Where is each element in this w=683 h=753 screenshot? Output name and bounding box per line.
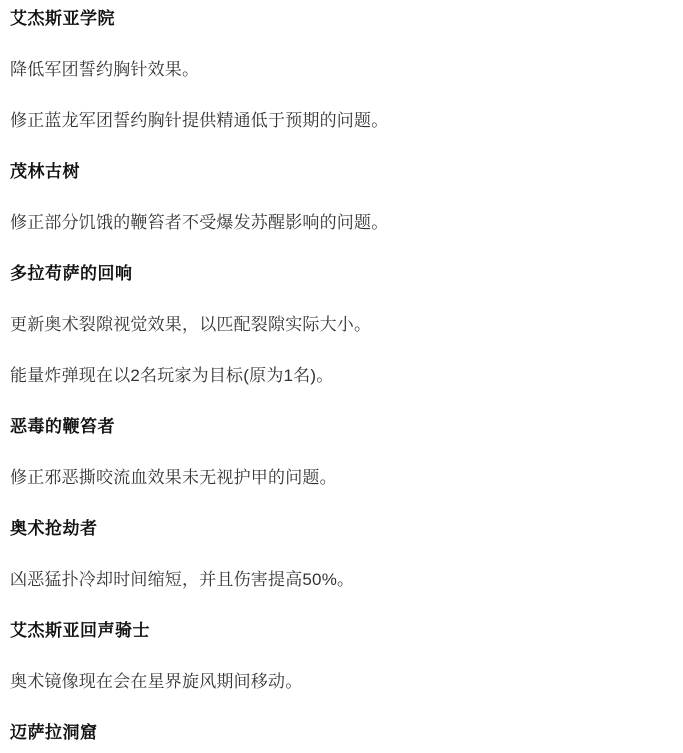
section-heading: 奥术抢劫者	[10, 520, 669, 538]
note-paragraph: 修正部分饥饿的鞭笞者不受爆发苏醒影响的问题。	[10, 214, 669, 232]
section-heading: 艾杰斯亚回声骑士	[10, 622, 669, 640]
note-paragraph: 奥术镜像现在会在星界旋风期间移动。	[10, 673, 669, 691]
note-paragraph: 凶恶猛扑冷却时间缩短，并且伤害提高50%。	[10, 571, 669, 589]
section-heading: 恶毒的鞭笞者	[10, 418, 669, 436]
note-paragraph: 更新奥术裂隙视觉效果，以匹配裂隙实际大小。	[10, 316, 669, 334]
note-paragraph: 能量炸弹现在以2名玩家为目标(原为1名)。	[10, 367, 669, 385]
section-heading: 多拉苟萨的回响	[10, 265, 669, 283]
section-heading: 茂林古树	[10, 163, 669, 181]
note-paragraph: 修正邪恶撕咬流血效果未无视护甲的问题。	[10, 469, 669, 487]
note-paragraph: 修正蓝龙军团誓约胸针提供精通低于预期的问题。	[10, 112, 669, 130]
patch-notes-document: 艾杰斯亚学院降低军团誓约胸针效果。修正蓝龙军团誓约胸针提供精通低于预期的问题。茂…	[0, 0, 683, 742]
section-heading: 艾杰斯亚学院	[10, 10, 669, 28]
section-heading: 迈萨拉洞窟	[10, 724, 669, 742]
note-paragraph: 降低军团誓约胸针效果。	[10, 61, 669, 79]
